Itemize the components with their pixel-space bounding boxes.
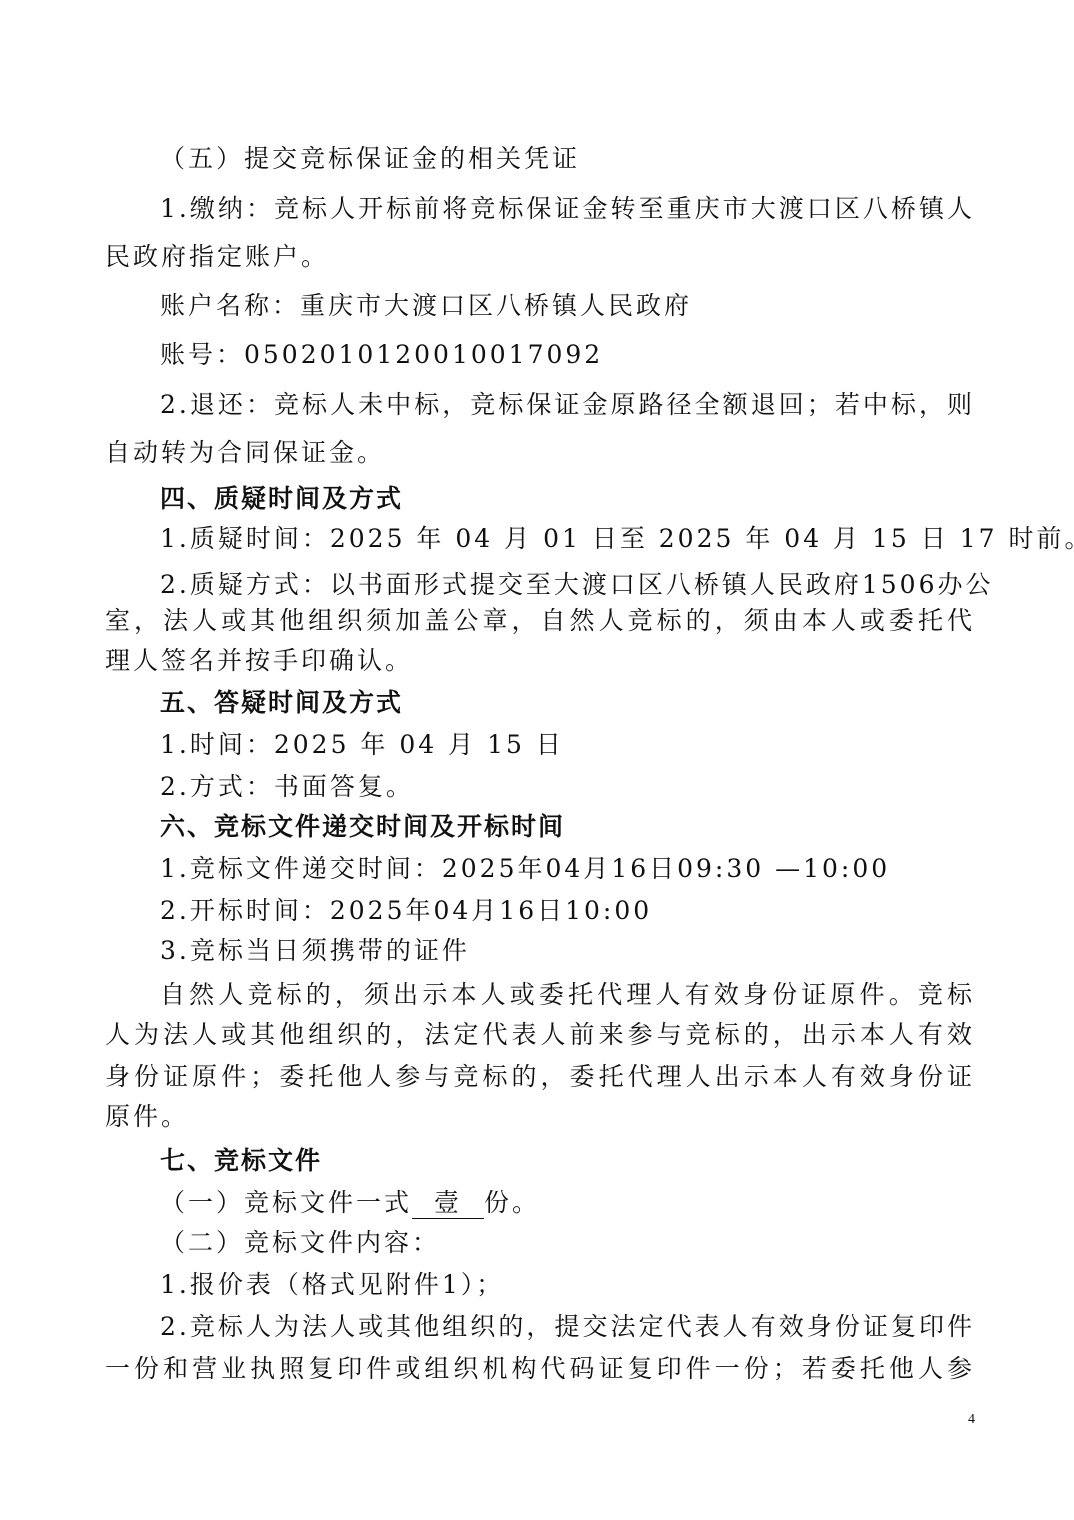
paragraph-documents-cont: 人为法人或其他组织的，法定代表人前来参与竞标的，出示本人有效 xyxy=(105,1018,975,1052)
account-number: 账号：0502010120010017092 xyxy=(160,338,975,372)
answer-method: 2.方式：书面答复。 xyxy=(160,770,975,804)
paragraph-payment-cont: 民政府指定账户。 xyxy=(105,240,975,274)
opening-time: 2.开标时间：2025年04月16日10:00 xyxy=(160,894,975,928)
paragraph-documents-cont2: 身份证原件；委托他人参与竞标的，委托代理人出示本人有效身份证 xyxy=(105,1060,975,1094)
content-heading: （二）竞标文件内容： xyxy=(160,1226,975,1260)
inquiry-method: 2.质疑方式：以书面形式提交至大渡口区八桥镇人民政府1506办公 xyxy=(160,568,975,602)
paragraph-documents-cont3: 原件。 xyxy=(105,1100,975,1134)
copies-prefix: （一）竞标文件一式 xyxy=(160,1188,412,1217)
section-heading-5: 五、答疑时间及方式 xyxy=(160,686,975,720)
inquiry-method-cont2: 理人签名并按手印确认。 xyxy=(105,644,975,678)
submission-time: 1.竞标文件递交时间：2025年04月16日09:30 —10:00 xyxy=(160,852,975,886)
paragraph-refund-cont: 自动转为合同保证金。 xyxy=(105,436,975,470)
section-heading-6: 六、竞标文件递交时间及开标时间 xyxy=(160,810,975,844)
paragraph-payment: 1.缴纳：竞标人开标前将竞标保证金转至重庆市大渡口区八桥镇人 xyxy=(160,192,975,226)
copies-suffix: 份。 xyxy=(484,1188,540,1217)
copies-count: 壹 xyxy=(412,1188,484,1219)
answer-time: 1.时间：2025 年 04 月 15 日 xyxy=(160,728,975,762)
inquiry-method-cont: 室，法人或其他组织须加盖公章，自然人竞标的，须由本人或委托代 xyxy=(105,604,975,638)
content-item-2: 2.竞标人为法人或其他组织的，提交法定代表人有效身份证复印件 xyxy=(160,1310,975,1344)
copies-line: （一）竞标文件一式壹份。 xyxy=(160,1186,975,1220)
paragraph-refund: 2.退还：竞标人未中标，竞标保证金原路径全额退回；若中标，则 xyxy=(160,388,975,422)
paragraph-documents: 自然人竞标的，须出示本人或委托代理人有效身份证原件。竞标 xyxy=(160,978,975,1012)
page-number: 4 xyxy=(968,1412,975,1428)
content-item-2-cont: 一份和营业执照复印件或组织机构代码证复印件一份；若委托他人参 xyxy=(105,1352,975,1386)
document-page: （五）提交竞标保证金的相关凭证 1.缴纳：竞标人开标前将竞标保证金转至重庆市大渡… xyxy=(0,0,1074,1520)
required-documents-heading: 3.竞标当日须携带的证件 xyxy=(160,934,975,968)
section-heading-7: 七、竞标文件 xyxy=(160,1144,975,1178)
section-heading-4: 四、质疑时间及方式 xyxy=(160,482,975,516)
subsection-heading-deposit-proof: （五）提交竞标保证金的相关凭证 xyxy=(160,142,975,176)
account-name: 账户名称：重庆市大渡口区八桥镇人民政府 xyxy=(160,289,975,323)
content-item-1: 1.报价表（格式见附件1）； xyxy=(160,1268,975,1302)
inquiry-time: 1.质疑时间：2025 年 04 月 01 日至 2025 年 04 月 15 … xyxy=(160,522,975,556)
